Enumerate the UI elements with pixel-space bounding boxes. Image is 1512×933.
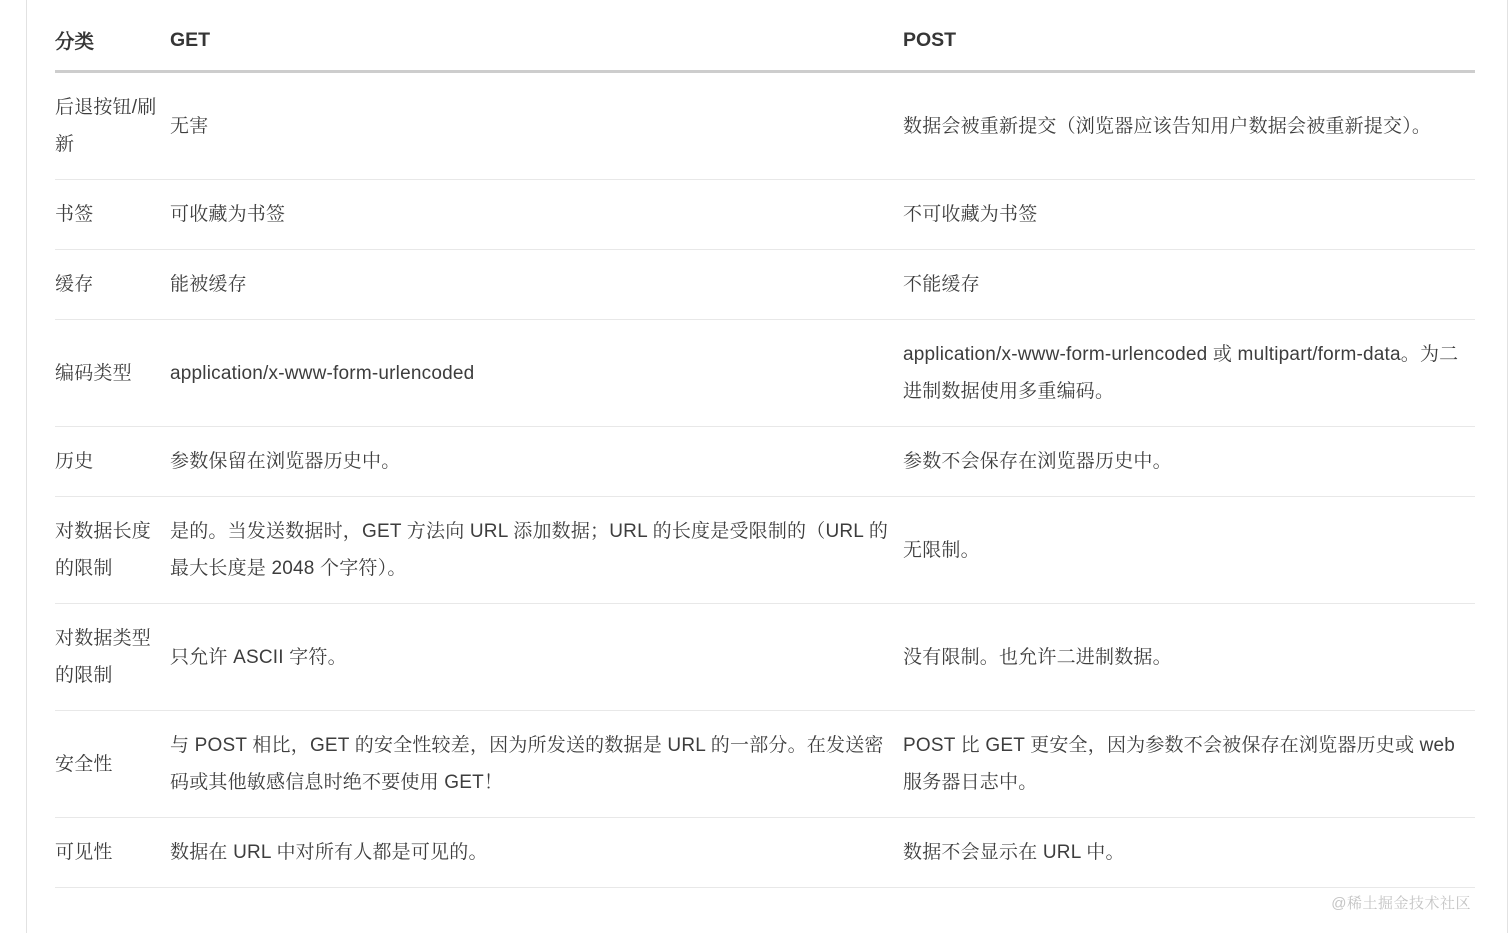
article-content-panel: 分类 GET POST 后退按钮/刷新 无害 数据会被重新提交（浏览器应该告知用… xyxy=(26,0,1508,933)
category-cell: 对数据长度的限制 xyxy=(55,497,170,604)
post-cell: 不能缓存 xyxy=(903,250,1475,320)
category-cell: 缓存 xyxy=(55,250,170,320)
table-header-row: 分类 GET POST xyxy=(55,0,1475,72)
header-get: GET xyxy=(170,0,903,72)
header-post: POST xyxy=(903,0,1475,72)
table-row: 对数据类型的限制 只允许 ASCII 字符。 没有限制。也允许二进制数据。 xyxy=(55,604,1475,711)
get-cell: application/x-www-form-urlencoded xyxy=(170,320,903,427)
post-cell: 数据会被重新提交（浏览器应该告知用户数据会被重新提交）。 xyxy=(903,72,1475,180)
table-row: 历史 参数保留在浏览器历史中。 参数不会保存在浏览器历史中。 xyxy=(55,427,1475,497)
post-cell: 数据不会显示在 URL 中。 xyxy=(903,818,1475,888)
get-cell: 只允许 ASCII 字符。 xyxy=(170,604,903,711)
get-cell: 数据在 URL 中对所有人都是可见的。 xyxy=(170,818,903,888)
post-cell: 参数不会保存在浏览器历史中。 xyxy=(903,427,1475,497)
table-row: 后退按钮/刷新 无害 数据会被重新提交（浏览器应该告知用户数据会被重新提交）。 xyxy=(55,72,1475,180)
post-cell: POST 比 GET 更安全，因为参数不会被保存在浏览器历史或 web 服务器日… xyxy=(903,711,1475,818)
table-row: 对数据长度的限制 是的。当发送数据时，GET 方法向 URL 添加数据；URL … xyxy=(55,497,1475,604)
category-cell: 编码类型 xyxy=(55,320,170,427)
get-post-comparison-table: 分类 GET POST 后退按钮/刷新 无害 数据会被重新提交（浏览器应该告知用… xyxy=(55,0,1475,888)
watermark: @稀土掘金技术社区 xyxy=(1331,892,1471,913)
header-category: 分类 xyxy=(55,0,170,72)
post-cell: 无限制。 xyxy=(903,497,1475,604)
table-row: 编码类型 application/x-www-form-urlencoded a… xyxy=(55,320,1475,427)
category-cell: 可见性 xyxy=(55,818,170,888)
post-cell: 不可收藏为书签 xyxy=(903,180,1475,250)
category-cell: 对数据类型的限制 xyxy=(55,604,170,711)
get-cell: 无害 xyxy=(170,72,903,180)
table-row: 缓存 能被缓存 不能缓存 xyxy=(55,250,1475,320)
get-cell: 与 POST 相比，GET 的安全性较差，因为所发送的数据是 URL 的一部分。… xyxy=(170,711,903,818)
category-cell: 历史 xyxy=(55,427,170,497)
post-cell: application/x-www-form-urlencoded 或 mult… xyxy=(903,320,1475,427)
category-cell: 后退按钮/刷新 xyxy=(55,72,170,180)
get-cell: 参数保留在浏览器历史中。 xyxy=(170,427,903,497)
get-cell: 能被缓存 xyxy=(170,250,903,320)
get-cell: 可收藏为书签 xyxy=(170,180,903,250)
category-cell: 安全性 xyxy=(55,711,170,818)
table-row: 书签 可收藏为书签 不可收藏为书签 xyxy=(55,180,1475,250)
get-cell: 是的。当发送数据时，GET 方法向 URL 添加数据；URL 的长度是受限制的（… xyxy=(170,497,903,604)
table-row: 安全性 与 POST 相比，GET 的安全性较差，因为所发送的数据是 URL 的… xyxy=(55,711,1475,818)
table-row: 可见性 数据在 URL 中对所有人都是可见的。 数据不会显示在 URL 中。 xyxy=(55,818,1475,888)
category-cell: 书签 xyxy=(55,180,170,250)
post-cell: 没有限制。也允许二进制数据。 xyxy=(903,604,1475,711)
